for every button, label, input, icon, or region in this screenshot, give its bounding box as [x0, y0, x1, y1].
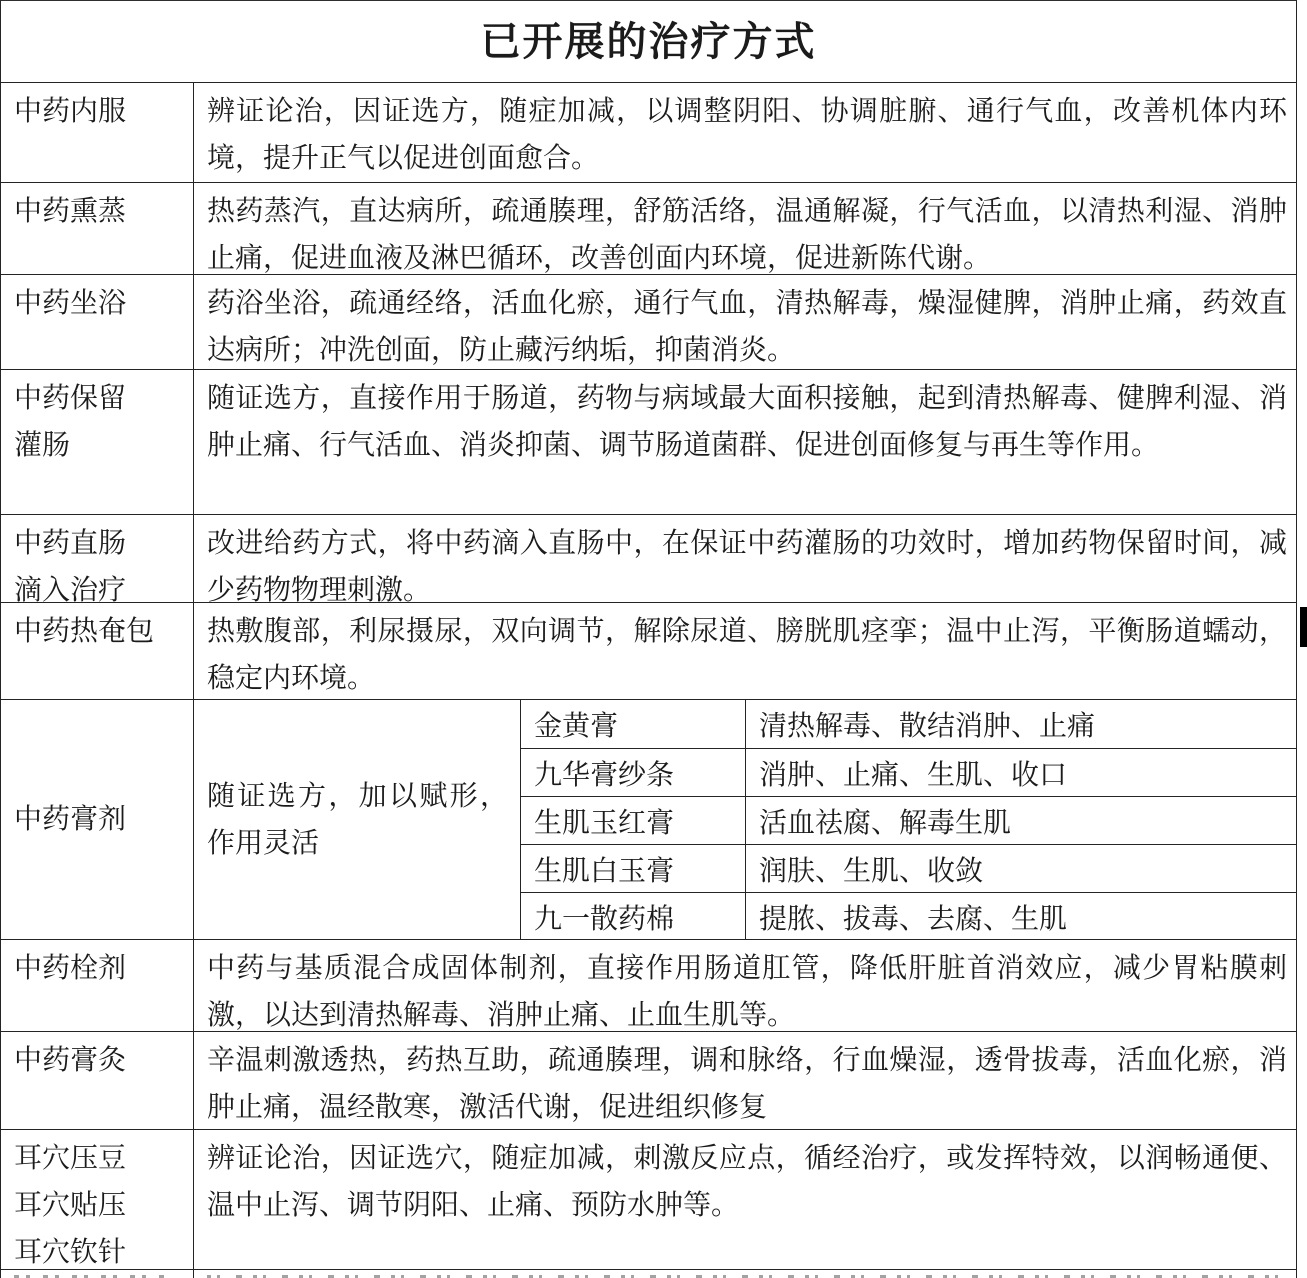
row-content-cell: 药浴坐浴，疏通经络，活血化瘀，通行气血，清热解毒，燥湿健脾，消肿止痛，药效直达病… [194, 275, 1296, 369]
row-label-cell: 耳穴压豆 耳穴贴压 耳穴钦针 [1, 1130, 194, 1269]
table-row: 中药熏蒸 热药蒸汽，直达病所，疏通腠理，舒筋活络，温通解凝，行气活血，以清热利湿… [1, 182, 1296, 274]
text-cursor-artifact [1300, 607, 1307, 647]
table-row: 耳穴压豆 耳穴贴压 耳穴钦针 辨证论治，因证选穴，随症加减，刺激反应点，循经治疗… [1, 1129, 1296, 1269]
ointment-name: 金黄膏 [521, 700, 746, 748]
row-label-cell: 中药膏灸 [1, 1032, 194, 1129]
row-label: 中药坐浴 [14, 280, 183, 327]
cutoff-row-label-cell [1, 1270, 194, 1278]
row-label: 中药膏灸 [14, 1037, 183, 1084]
ointment-effect: 消肿、止痛、生肌、收口 [746, 749, 1296, 796]
row-content-cell: 改进给药方式，将中药滴入直肠中，在保证中药灌肠的功效时，增加药物保留时间，减少药… [194, 515, 1296, 602]
table-row: 中药直肠 滴入治疗 改进给药方式，将中药滴入直肠中，在保证中药灌肠的功效时，增加… [1, 514, 1296, 602]
row-label: 中药膏剂 [14, 796, 126, 843]
row-content-cell: 辨证论治，因证选方，随症加减，以调整阴阳、协调脏腑、通行气血，改善机体内环境，提… [194, 83, 1296, 182]
row-label-cell: 中药保留 灌肠 [1, 370, 194, 514]
row-content-cell: 辨证论治，因证选穴，随症加减，刺激反应点，循经治疗，或发挥特效，以润畅通便、温中… [194, 1130, 1296, 1269]
row-content-text: 辨证论治，因证选穴，随症加减，刺激反应点，循经治疗，或发挥特效，以润畅通便、温中… [207, 1135, 1287, 1229]
row-label: 耳穴压豆 耳穴贴压 耳穴钦针 [14, 1135, 183, 1269]
row-content-text: 热敷腹部，利尿摄尿，双向调节，解除尿道、膀胱肌痉挛；温中止泻，平衡肠道蠕动，稳定… [207, 608, 1287, 699]
treatment-methods-table: 已开展的治疗方式 中药内服 辨证论治，因证选方，随症加减，以调整阴阳、协调脏腑、… [0, 0, 1297, 1278]
row-content-text: 中药与基质混合成固体制剂，直接作用肠道肛管，降低肝脏首消效应，减少胃粘膜刺激，以… [207, 945, 1287, 1031]
row-content-cell: 随证选方，直接作用于肠道，药物与病域最大面积接触，起到清热解毒、健脾利湿、消肿止… [194, 370, 1296, 514]
row-content-text: 改进给药方式，将中药滴入直肠中，在保证中药灌肠的功效时，增加药物保留时间，减少药… [207, 520, 1287, 602]
table-row: 中药栓剂 中药与基质混合成固体制剂，直接作用肠道肛管，降低肝脏首消效应，减少胃粘… [1, 939, 1296, 1031]
cutoff-row-content-cell [194, 1270, 1296, 1278]
ointment-principle-cell: 随证选方，加以赋形，作用灵活 [194, 700, 521, 939]
ointment-effect: 提脓、拔毒、去腐、生肌 [746, 893, 1296, 939]
ointment-subrow: 生肌玉红膏 活血祛腐、解毒生肌 [521, 796, 1296, 844]
ointment-subrow: 金黄膏 清热解毒、散结消肿、止痛 [521, 700, 1296, 748]
row-content-text: 热药蒸汽，直达病所，疏通腠理，舒筋活络，温通解凝，行气活血，以清热利湿、消肿止痛… [207, 188, 1287, 274]
row-content-text: 随证选方，直接作用于肠道，药物与病域最大面积接触，起到清热解毒、健脾利湿、消肿止… [207, 375, 1287, 469]
row-content-cell: 中药与基质混合成固体制剂，直接作用肠道肛管，降低肝脏首消效应，减少胃粘膜刺激，以… [194, 940, 1296, 1031]
row-label-cell: 中药膏剂 [1, 700, 194, 939]
row-label: 中药栓剂 [14, 945, 183, 992]
row-content-text: 辨证论治，因证选方，随症加减，以调整阴阳、协调脏腑、通行气血，改善机体内环境，提… [207, 88, 1287, 182]
row-label-cell: 中药坐浴 [1, 275, 194, 369]
row-label-cell: 中药直肠 滴入治疗 [1, 515, 194, 602]
table-row: 中药内服 辨证论治，因证选方，随症加减，以调整阴阳、协调脏腑、通行气血，改善机体… [1, 82, 1296, 182]
ointment-subrow: 九一散药棉 提脓、拔毒、去腐、生肌 [521, 892, 1296, 939]
ointment-name: 生肌玉红膏 [521, 797, 746, 844]
table-row: 中药坐浴 药浴坐浴，疏通经络，活血化瘀，通行气血，清热解毒，燥湿健脾，消肿止痛，… [1, 274, 1296, 369]
document-page: { "title": "已开展的治疗方式", "rows": [ { "labe… [0, 0, 1307, 1278]
table-row-ointments: 中药膏剂 随证选方，加以赋形，作用灵活 金黄膏 清热解毒、散结消肿、止痛 九华膏… [1, 699, 1296, 939]
page-title: 已开展的治疗方式 [481, 22, 817, 62]
ointment-effect: 润肤、生肌、收敛 [746, 845, 1296, 892]
row-content-text: 辛温刺激透热，药热互助，疏通腠理，调和脉络，行血燥湿，透骨拔毒，活血化瘀，消肿止… [207, 1037, 1287, 1129]
row-label: 中药内服 [14, 88, 183, 135]
ointment-name: 九一散药棉 [521, 893, 746, 939]
ointment-effect: 清热解毒、散结消肿、止痛 [746, 700, 1296, 748]
cutoff-table-row [1, 1269, 1296, 1278]
ointment-name: 九华膏纱条 [521, 749, 746, 796]
ointment-subrow: 生肌白玉膏 润肤、生肌、收敛 [521, 844, 1296, 892]
table-row: 中药膏灸 辛温刺激透热，药热互助，疏通腠理，调和脉络，行血燥湿，透骨拔毒，活血化… [1, 1031, 1296, 1129]
row-label: 中药热奄包 [14, 608, 183, 655]
row-label-cell: 中药熏蒸 [1, 183, 194, 274]
row-content-cell: 热药蒸汽，直达病所，疏通腠理，舒筋活络，温通解凝，行气活血，以清热利湿、消肿止痛… [194, 183, 1296, 274]
row-label: 中药熏蒸 [14, 188, 183, 235]
ointment-effect: 活血祛腐、解毒生肌 [746, 797, 1296, 844]
row-label-cell: 中药热奄包 [1, 603, 194, 699]
table-row: 中药热奄包 热敷腹部，利尿摄尿，双向调节，解除尿道、膀胱肌痉挛；温中止泻，平衡肠… [1, 602, 1296, 699]
row-content-cell: 辛温刺激透热，药热互助，疏通腠理，调和脉络，行血燥湿，透骨拔毒，活血化瘀，消肿止… [194, 1032, 1296, 1129]
row-label: 中药直肠 滴入治疗 [14, 520, 183, 602]
row-label: 中药保留 灌肠 [14, 375, 183, 469]
table-title-row: 已开展的治疗方式 [1, 1, 1296, 82]
row-content-cell: 热敷腹部，利尿摄尿，双向调节，解除尿道、膀胱肌痉挛；温中止泻，平衡肠道蠕动，稳定… [194, 603, 1296, 699]
row-label-cell: 中药栓剂 [1, 940, 194, 1031]
ointment-subrow: 九华膏纱条 消肿、止痛、生肌、收口 [521, 748, 1296, 796]
ointment-principle-text: 随证选方，加以赋形，作用灵活 [207, 773, 508, 867]
table-row: 中药保留 灌肠 随证选方，直接作用于肠道，药物与病域最大面积接触，起到清热解毒、… [1, 369, 1296, 514]
ointment-name: 生肌白玉膏 [521, 845, 746, 892]
ointment-subtable: 金黄膏 清热解毒、散结消肿、止痛 九华膏纱条 消肿、止痛、生肌、收口 生肌玉红膏… [521, 700, 1296, 939]
row-content-text: 药浴坐浴，疏通经络，活血化瘀，通行气血，清热解毒，燥湿健脾，消肿止痛，药效直达病… [207, 280, 1287, 369]
row-label-cell: 中药内服 [1, 83, 194, 182]
